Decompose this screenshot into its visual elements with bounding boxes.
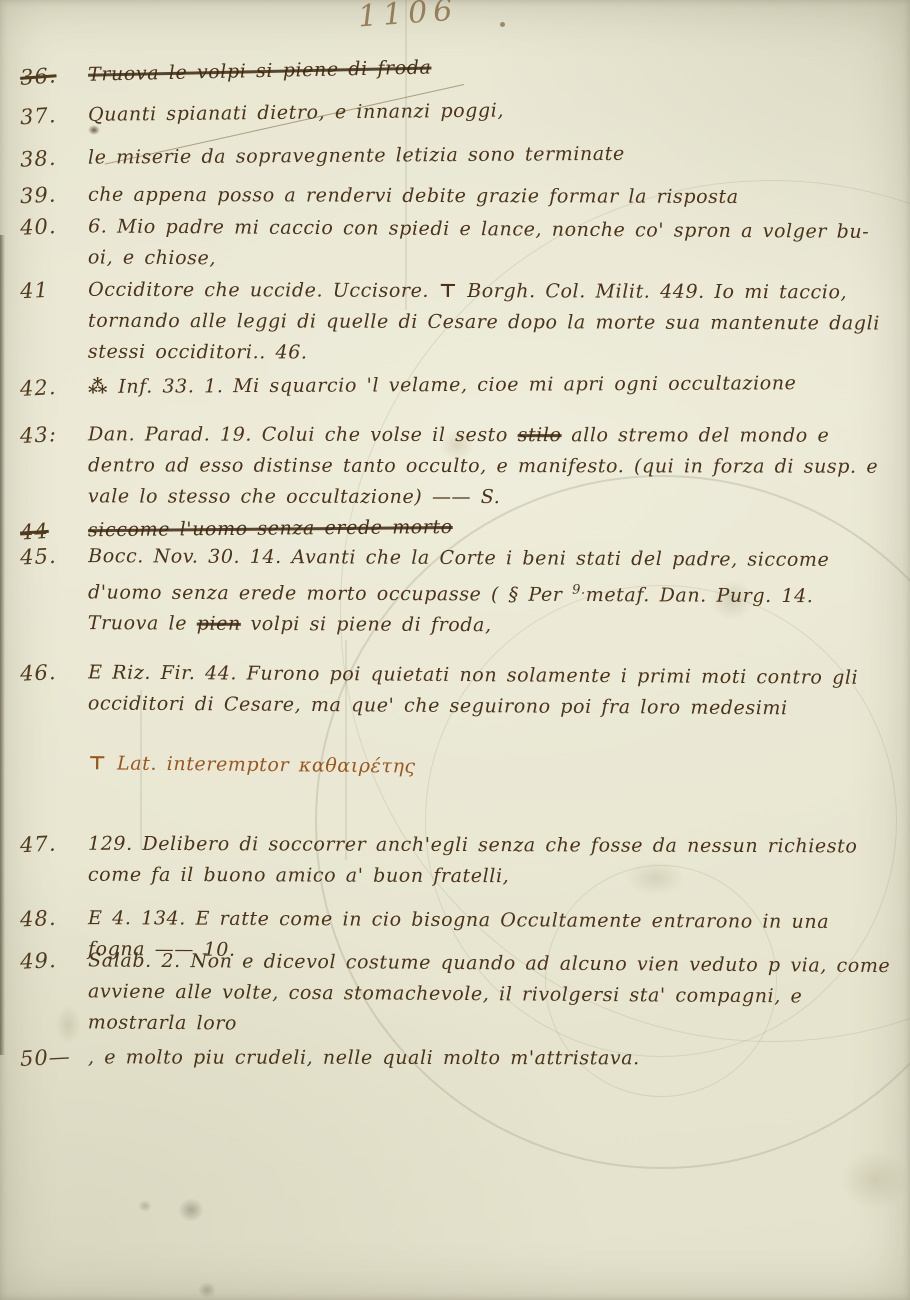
- entry-text: Dan. Parad. 19. Colui che volse il sesto…: [88, 419, 892, 513]
- entry-number: 41: [19, 273, 88, 307]
- entry-row: 38.le miserie da sopravegnente letizia s…: [20, 137, 892, 174]
- entry-number: 43:: [19, 418, 88, 452]
- entry-number: 37.: [19, 98, 89, 133]
- entry-number: 49.: [20, 944, 89, 978]
- stain: [198, 1282, 216, 1298]
- text-segment: Occiditore che uccide. Uccisore.: [88, 279, 439, 302]
- text-segment: Truova le volpi si piene di froda: [88, 57, 432, 86]
- entry-row: 39.che appena posso a rendervi debite gr…: [20, 179, 892, 213]
- insertion-mark: ⊤: [439, 280, 458, 302]
- text-segment: stilo: [518, 424, 562, 446]
- stain: [840, 1150, 910, 1210]
- entry-text: ⁂ Inf. 33. 1. Mi squarcio 'l velame, cio…: [88, 368, 892, 403]
- entry-text: E Riz. Fir. 44. Furono poi quietati non …: [88, 657, 892, 725]
- entry-text: Occiditore che uccide. Uccisore. ⊤ Borgh…: [88, 275, 892, 371]
- entry-number: 47.: [19, 827, 88, 861]
- entry-row: 45.Bocc. Nov. 30. 14. Avanti che la Cort…: [20, 541, 893, 644]
- text-segment: Dan. Parad. 19. Colui che volse il sesto: [88, 423, 518, 446]
- text-segment: Quanti spianati dietro, e innanzi poggi,: [88, 99, 504, 125]
- entry-number: 50—: [19, 1041, 88, 1075]
- page-number: 1106: [357, 0, 460, 34]
- entry-text: Salab. 2. Non e dicevol costume quando a…: [88, 945, 893, 1044]
- text-segment: le miserie da sopravegnente letizia sono…: [88, 143, 625, 169]
- entry-row: 46.E Riz. Fir. 44. Furono poi quietati n…: [20, 657, 892, 725]
- entry-text: Quanti spianati dietro, e innanzi poggi,: [88, 91, 892, 130]
- entry-row: 40.6. Mio padre mi caccio con spiedi e l…: [20, 211, 892, 279]
- stain: [138, 1200, 152, 1212]
- entry-number: 46.: [19, 656, 88, 690]
- text-segment: che appena posso a rendervi debite grazi…: [88, 184, 739, 208]
- text-segment: pien: [197, 613, 241, 635]
- entry-row: 47.129. Delibero di soccorrer anch'egli …: [20, 828, 892, 893]
- entry-row: 42.⁂ Inf. 33. 1. Mi squarcio 'l velame, …: [20, 368, 892, 404]
- entry-row: 49.Salab. 2. Non e dicevol costume quand…: [20, 945, 893, 1044]
- entry-row: 50—, e molto piu crudeli, nelle quali mo…: [20, 1042, 892, 1075]
- text-segment: Inf. 33. 1. Mi squarcio 'l velame, cioe …: [118, 372, 796, 398]
- entry-row: 43:Dan. Parad. 19. Colui che volse il se…: [20, 419, 892, 514]
- entry-number: 40.: [19, 210, 88, 244]
- text-segment: , e molto piu crudeli, nelle quali molto…: [88, 1046, 640, 1069]
- text-segment: 129. Delibero di soccorrer anch'egli sen…: [88, 833, 858, 887]
- entry-text: che appena posso a rendervi debite grazi…: [88, 180, 892, 214]
- entry-text: le miserie da sopravegnente letizia sono…: [88, 137, 892, 174]
- text-segment: Lat. interemptor καθαιρέτης: [117, 752, 416, 777]
- entry-number: 38.: [19, 141, 89, 176]
- entry-row: 41Occiditore che uccide. Uccisore. ⊤ Bor…: [20, 274, 892, 370]
- page-number-dot: [500, 22, 505, 27]
- text-segment: Salab. 2. Non e dicevol costume quando a…: [88, 949, 891, 1034]
- text-segment: siccome l'uomo senza erede morto: [88, 516, 453, 541]
- text-segment: 6. Mio padre mi caccio con spiedi e lanc…: [88, 215, 870, 269]
- text-segment: volpi si piene di froda,: [241, 613, 492, 636]
- entry-row: 37.Quanti spianati dietro, e innanzi pog…: [20, 91, 892, 131]
- entry-text: Truova le volpi si piene di froda: [88, 43, 892, 91]
- entry-text: 6. Mio padre mi caccio con spiedi e lanc…: [88, 211, 892, 279]
- stain: [178, 1198, 204, 1222]
- entry-text: Bocc. Nov. 30. 14. Avanti che la Corte i…: [88, 541, 893, 644]
- entry-text: 129. Delibero di soccorrer anch'egli sen…: [88, 829, 892, 894]
- manuscript-page: 1106 36.Truova le volpi si piene di frod…: [0, 0, 910, 1300]
- entry-number: 45.: [19, 539, 88, 573]
- insertion-mark: ⊤: [88, 752, 117, 774]
- entry-number: 39.: [19, 178, 88, 212]
- entry-number: 36.: [19, 58, 89, 94]
- text-segment: E Riz. Fir. 44. Furono poi quietati non …: [88, 661, 859, 719]
- entry-number: 42.: [19, 370, 89, 405]
- entry-number: 48.: [19, 901, 88, 935]
- insertion-mark: ⁂: [88, 376, 118, 398]
- entry-text: , e molto piu crudeli, nelle quali molto…: [88, 1042, 892, 1074]
- text-segment: 9.: [572, 583, 586, 598]
- entry-number: [20, 746, 88, 749]
- page-edge: [0, 235, 5, 1055]
